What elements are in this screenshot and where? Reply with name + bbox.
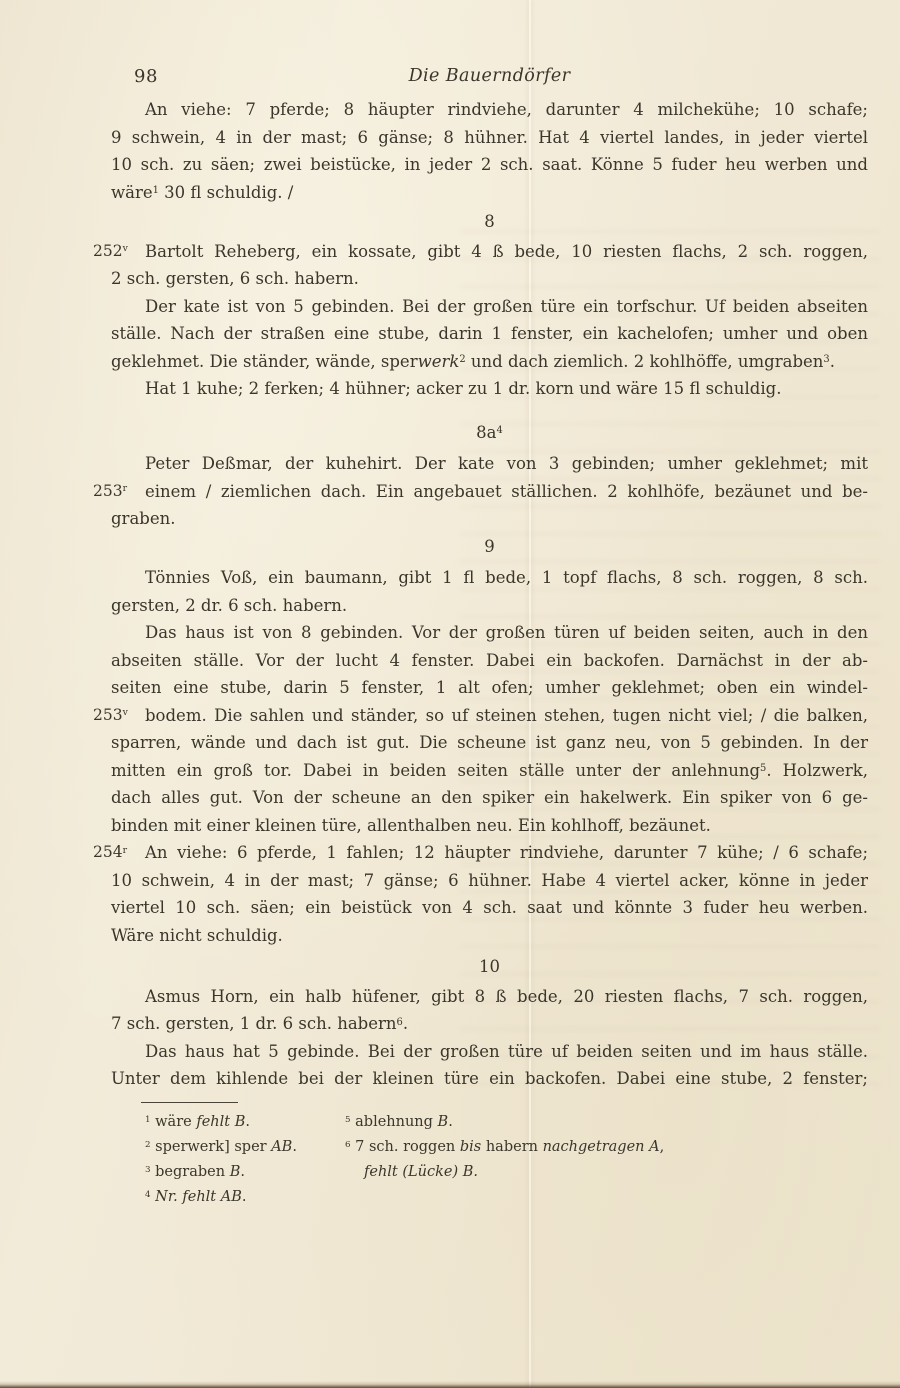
body-line: 2 sch. gersten, 6 sch. habern. (111, 265, 868, 293)
body-line: mitten ein groß tor. Dabei in beiden sei… (111, 757, 868, 785)
body-line: An viehe: 7 pferde; 8 häupter rindviehe,… (111, 96, 868, 124)
body-line: Unter dem kihlende bei der kleinen türe … (111, 1065, 868, 1093)
folio-margin-note: 254r (93, 839, 127, 867)
paragraph: Hat 1 kuhe; 2 ferken; 4 hühner; acker zu… (111, 375, 868, 403)
body-line: geklehmet. Die ständer, wände, sperwerk2… (111, 348, 868, 376)
running-title: Die Bauerndörfer (111, 66, 868, 86)
footnote-separator-rule (141, 1102, 238, 1103)
paragraph: 254rAn viehe: 6 pferde, 1 fahlen; 12 häu… (111, 839, 868, 949)
body-line: Der kate ist von 5 gebinden. Bei der gro… (111, 293, 868, 321)
body-line: binden mit einer kleinen türe, allenthal… (111, 812, 868, 840)
body-line: 254rAn viehe: 6 pferde, 1 fahlen; 12 häu… (111, 839, 868, 867)
folio-margin-note: 253r (93, 478, 127, 506)
body-line: Hat 1 kuhe; 2 ferken; 4 hühner; acker zu… (111, 375, 868, 403)
body-line: Wäre nicht schuldig. (111, 922, 868, 950)
body-line: seiten eine stube, darin 5 fenster, 1 al… (111, 674, 868, 702)
body-line: dach alles gut. Von der scheune an den s… (111, 784, 868, 812)
footnote-line: 2 sperwerk] sper AB. (145, 1135, 297, 1160)
section-heading-8: 8 (111, 208, 868, 236)
paragraph: 252vBartolt Reheberg, ein kossate, gibt … (111, 238, 868, 293)
footnote-column-1: 1 wäre fehlt B.2 sperwerk] sper AB.3 beg… (145, 1110, 297, 1210)
body-line: sparren, wände und dach ist gut. Die sch… (111, 729, 868, 757)
section-heading-9: 9 (111, 533, 868, 561)
section-heading-8a: 8a4 (111, 419, 868, 447)
text-block: An viehe: 7 pferde; 8 häupter rindviehe,… (111, 96, 868, 1110)
paragraph: Der kate ist von 5 gebinden. Bei der gro… (111, 293, 868, 376)
body-line: 253vbodem. Die sahlen und ständer, so uf… (111, 702, 868, 730)
body-line: 10 sch. zu säen; zwei beistücke, in jede… (111, 151, 868, 179)
body-line: wäre1 30 fl schuldig. / (111, 179, 868, 207)
body-line: Tönnies Voß, ein baumann, gibt 1 fl bede… (111, 564, 868, 592)
paragraph: Peter Deßmar, der kuhehirt. Der kate von… (111, 450, 868, 533)
body-line: Das haus ist von 8 gebinden. Vor der gro… (111, 619, 868, 647)
paragraph: An viehe: 7 pferde; 8 häupter rindviehe,… (111, 96, 868, 206)
body-line: graben. (111, 505, 868, 533)
body-line: ställe. Nach der straßen eine stube, dar… (111, 320, 868, 348)
folio-margin-note: 252v (93, 238, 128, 266)
section-heading-10: 10 (111, 953, 868, 981)
body-line: 252vBartolt Reheberg, ein kossate, gibt … (111, 238, 868, 266)
paragraph: Tönnies Voß, ein baumann, gibt 1 fl bede… (111, 564, 868, 619)
body-line: 253reinem / ziemlichen dach. Ein angebau… (111, 478, 868, 506)
footnote-line: 6 7 sch. roggen bis habern nachgetragen … (345, 1135, 664, 1160)
footnotes-block: 1 wäre fehlt B.2 sperwerk] sper AB.3 beg… (111, 1102, 868, 1103)
footnote-line: 4 Nr. fehlt AB. (145, 1185, 297, 1210)
footnote-column-2: 5 ablehnung B.6 7 sch. roggen bis habern… (345, 1110, 664, 1185)
body-line: Das haus hat 5 gebinde. Bei der großen t… (111, 1038, 868, 1066)
scanned-book-page: 98 Die Bauerndörfer An viehe: 7 pferde; … (0, 0, 900, 1388)
footnote-line: 1 wäre fehlt B. (145, 1110, 297, 1135)
body-line: 7 sch. gersten, 1 dr. 6 sch. habern6. (111, 1010, 868, 1038)
body-line: viertel 10 sch. säen; ein beistück von 4… (111, 894, 868, 922)
folio-margin-note: 253v (93, 702, 128, 730)
footnote-line: fehlt (Lücke) B. (345, 1160, 664, 1185)
footnote-line: 5 ablehnung B. (345, 1110, 664, 1135)
page-bottom-edge (0, 1381, 900, 1388)
footnote-line: 3 begraben B. (145, 1160, 297, 1185)
paragraph: Das haus ist von 8 gebinden. Vor der gro… (111, 619, 868, 839)
body-line: abseiten ställe. Vor der lucht 4 fenster… (111, 647, 868, 675)
body-line: 9 schwein, 4 in der mast; 6 gänse; 8 hüh… (111, 124, 868, 152)
body-line: Asmus Horn, ein halb hüfener, gibt 8 ß b… (111, 983, 868, 1011)
body-line: gersten, 2 dr. 6 sch. habern. (111, 592, 868, 620)
body-line: 10 schwein, 4 in der mast; 7 gänse; 6 hü… (111, 867, 868, 895)
paragraph: Asmus Horn, ein halb hüfener, gibt 8 ß b… (111, 983, 868, 1038)
body-line: Peter Deßmar, der kuhehirt. Der kate von… (111, 450, 868, 478)
paragraph: Das haus hat 5 gebinde. Bei der großen t… (111, 1038, 868, 1093)
